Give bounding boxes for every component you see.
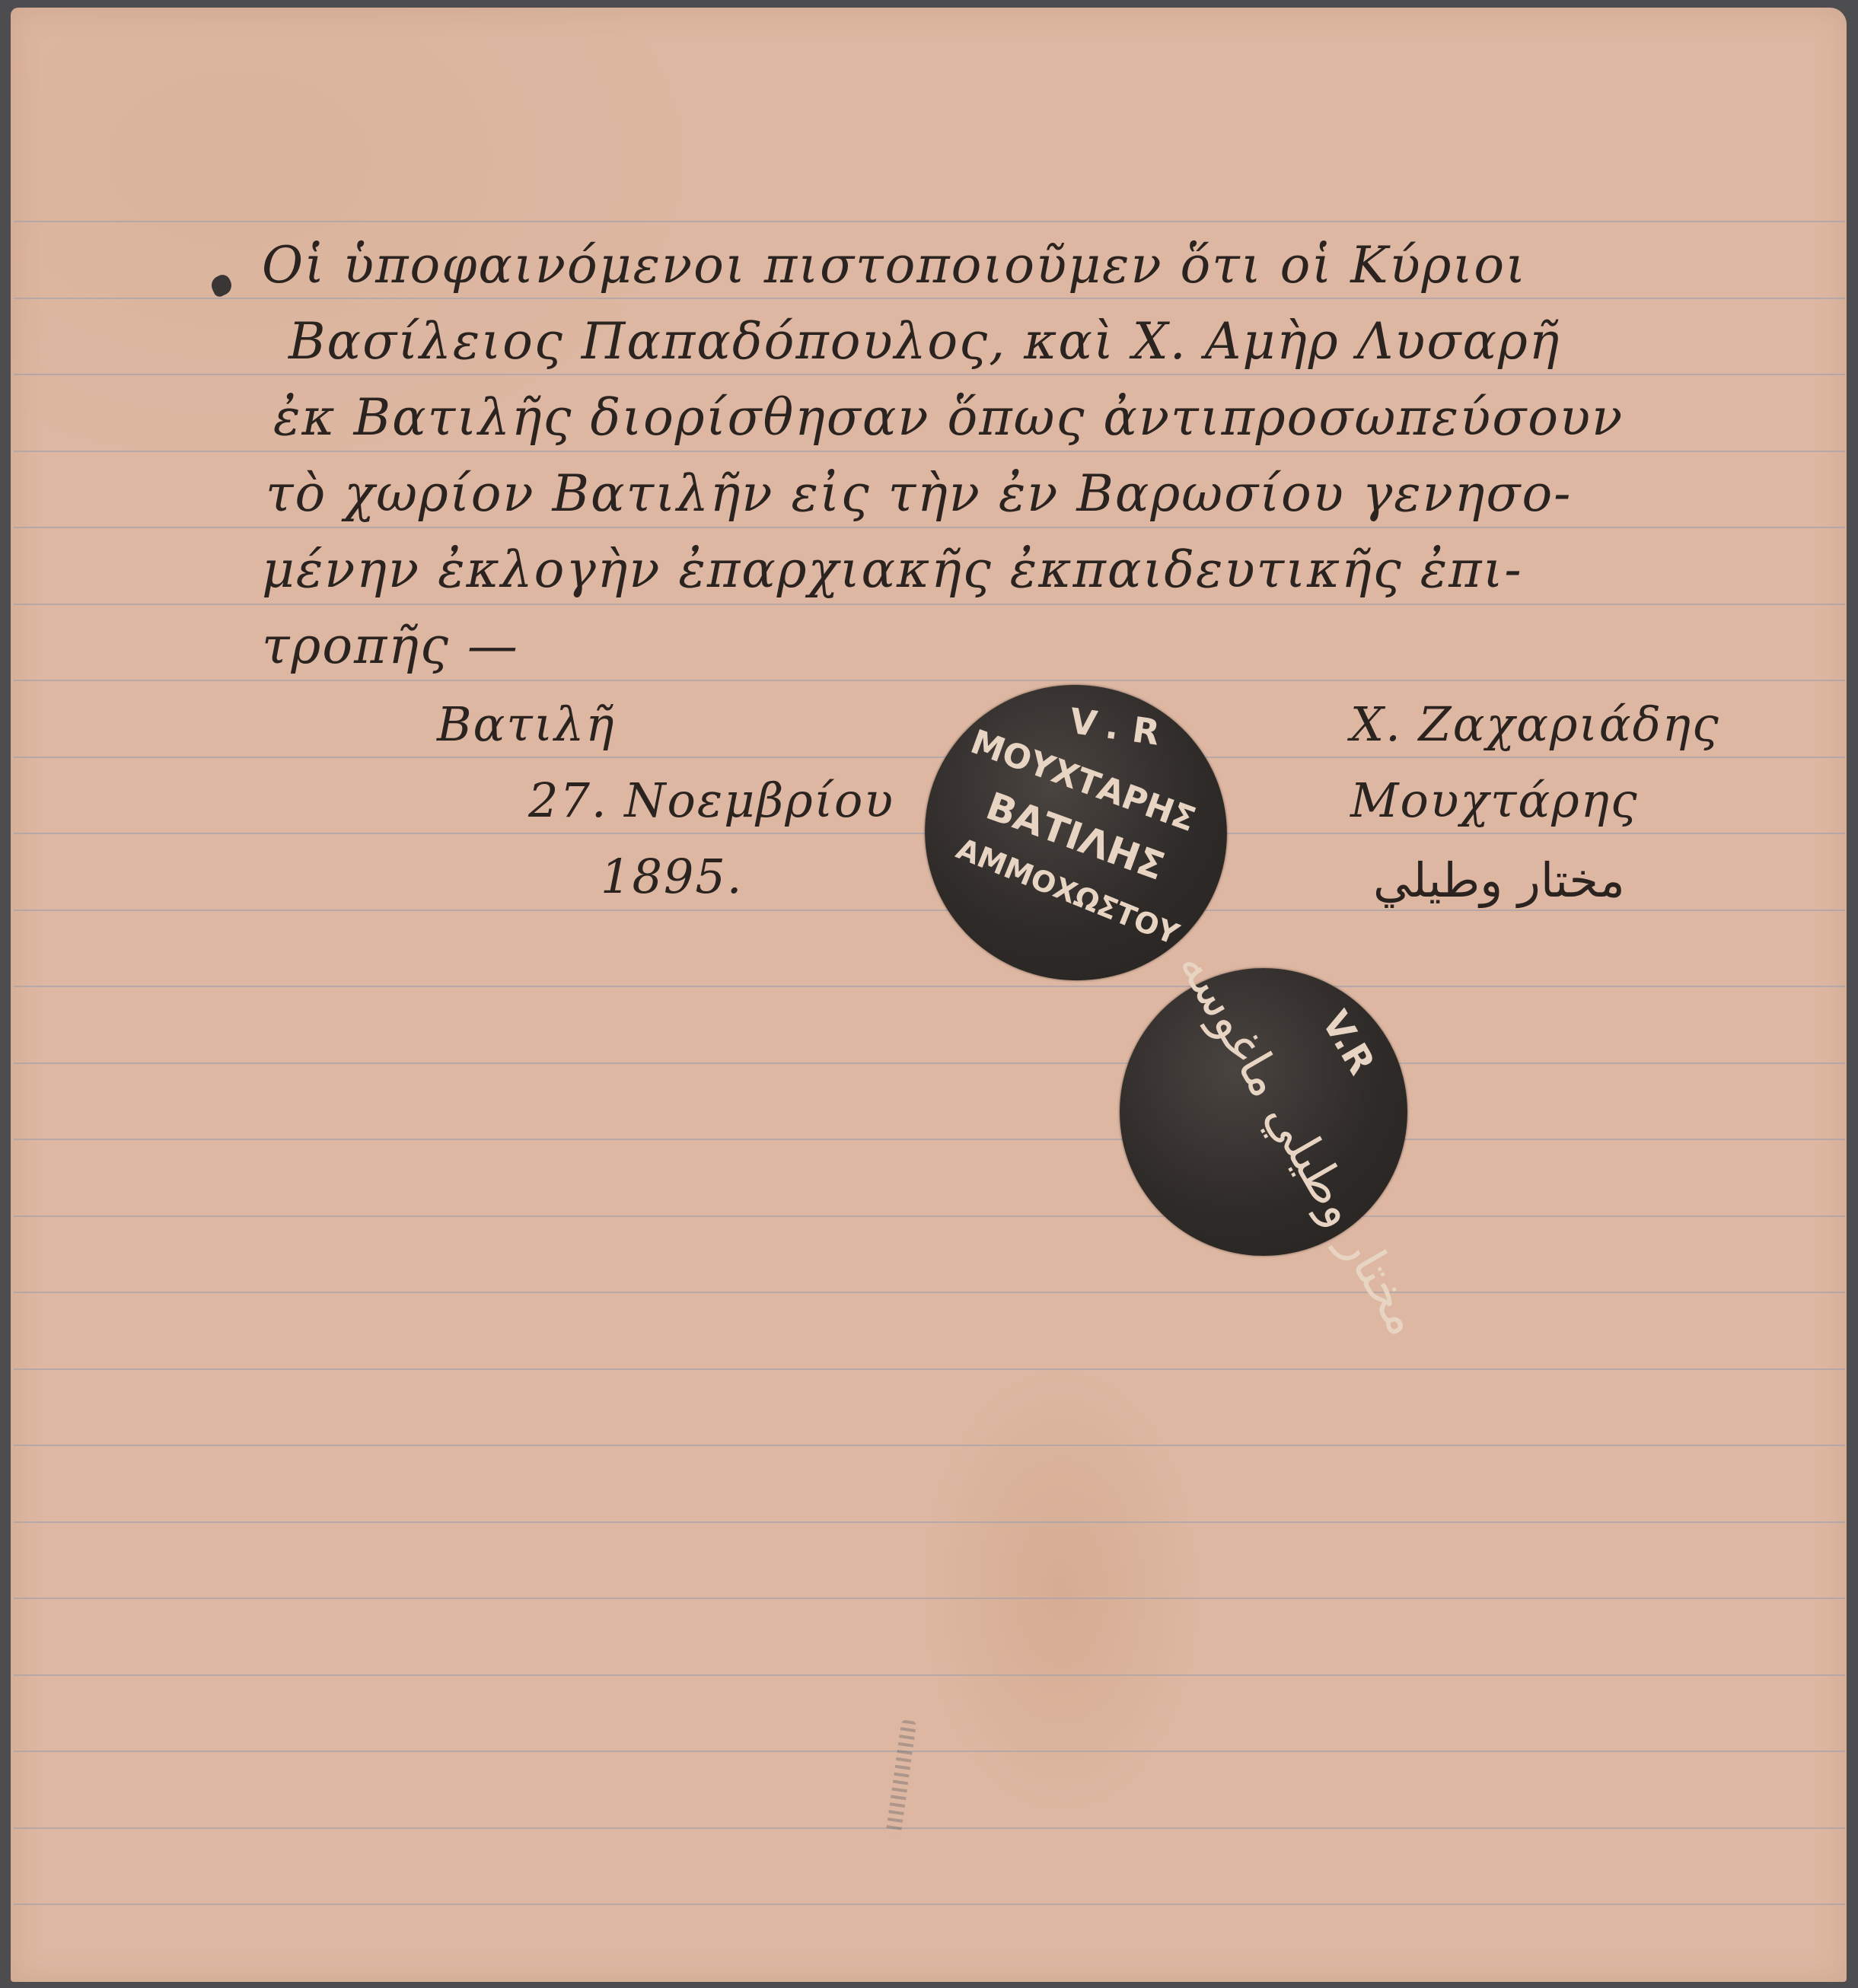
ruled-line [14, 910, 1845, 911]
pencil-smudge-mark [886, 1719, 917, 1834]
ruled-line [14, 1062, 1845, 1064]
ruled-line [14, 1215, 1845, 1217]
ruled-line [14, 1292, 1845, 1293]
ruled-line [14, 1751, 1845, 1752]
ottoman-mukhtar-seal: V.R مختار وطيلي ماغوسه [1120, 968, 1407, 1256]
seal-vr-monogram: V.R [1303, 986, 1393, 1099]
ruled-line [14, 221, 1845, 222]
ruled-line [14, 1521, 1845, 1523]
paper-fold-seam [11, 1328, 1847, 1330]
ruled-line [14, 374, 1845, 375]
dateline-year: 1895. [601, 849, 744, 904]
body-line-6: τροπῆς — [262, 616, 519, 675]
ruled-line [14, 680, 1845, 681]
body-line-2: Βασίλειος Παπαδόπουλος, καὶ Χ. Αμὴρ Λυσα… [288, 312, 1560, 371]
signature-name: Χ. Ζαχαριάδης [1350, 696, 1720, 752]
ruled-line [14, 986, 1845, 987]
body-line-5: μένην ἐκλογὴν ἐπαρχιακῆς ἐκπαιδευτικῆς ἐ… [262, 540, 1523, 599]
seal-ottoman-text: مختار وطيلي ماغوسه [1167, 941, 1359, 1219]
dateline-date: 27. Νοεμβρίου [528, 773, 894, 828]
greek-mukhtar-seal: V.R ΜΟΥΧΤΑΡΗΣ ΒΑΤΙΛΗΣ ΑΜΜΟΧΩΣΤΟΥ [906, 665, 1246, 999]
ruled-line [14, 527, 1845, 528]
ruled-line [14, 1139, 1845, 1140]
ruled-line [14, 1674, 1845, 1676]
signature-title: Μουχτάρης [1350, 773, 1639, 828]
ruled-line [14, 1827, 1845, 1829]
document-page: Οἱ ὑποφαινόμενοι πιστοποιοῦμεν ὅτι οἱ Κύ… [11, 8, 1847, 1982]
body-line-1: Οἱ ὑποφαινόμενοι πιστοποιοῦμεν ὅτι οἱ Κύ… [262, 236, 1527, 295]
signature-ottoman-script: مختار وطيلي [1373, 852, 1625, 908]
body-line-3: ἐκ Βατιλῆς διορίσθησαν ὅπως ἀντιπροσωπεύ… [273, 388, 1624, 447]
ink-blot-bullet-icon [209, 272, 235, 299]
dateline-place: Βατιλῆ [437, 696, 615, 752]
ruled-line [14, 1598, 1845, 1599]
ruled-line [14, 1445, 1845, 1446]
ruled-line [14, 1368, 1845, 1370]
ruled-line [14, 298, 1845, 299]
ruled-line [14, 757, 1845, 758]
ruled-line [14, 451, 1845, 452]
ruled-line [14, 604, 1845, 605]
ruled-line [14, 1904, 1845, 1905]
body-line-4: τὸ χωρίον Βατιλῆν εἰς τὴν ἐν Βαρωσίου γε… [266, 464, 1572, 523]
